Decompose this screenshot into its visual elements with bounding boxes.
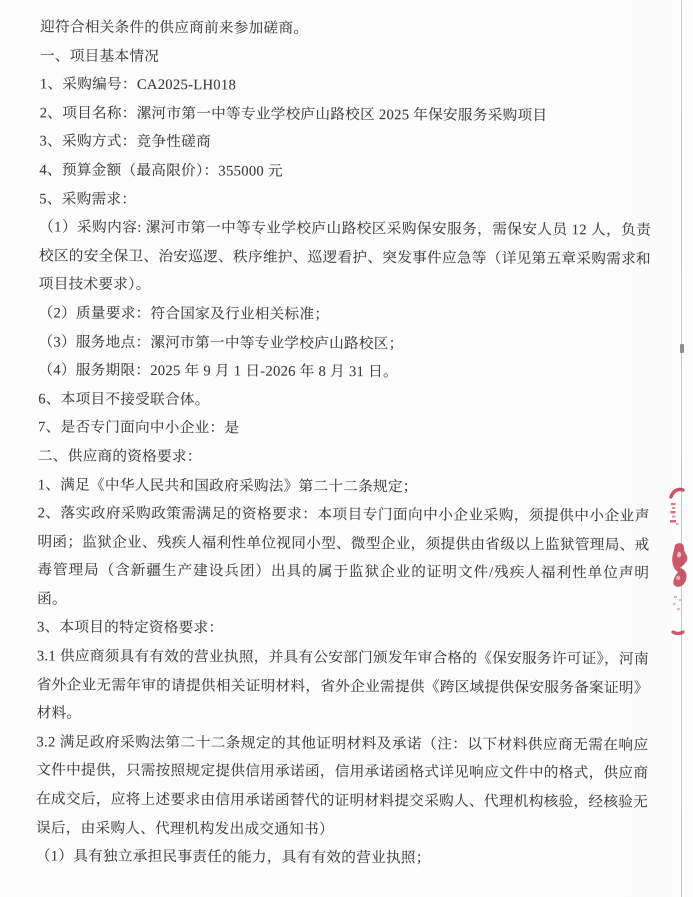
item-specific-qualification: 3、本项目的特定资格要求： bbox=[37, 614, 649, 646]
item-service-location: （3）服务地点：漯河市第一中等专业学校庐山路校区； bbox=[38, 328, 650, 360]
item-procurement-content: （1）采购内容: 漯河市第一中等专业学校庐山路校区采购保安服务，需保安人员 12… bbox=[39, 214, 651, 303]
item-no-consortium: 6、本项目不接受联合体。 bbox=[38, 385, 650, 417]
item-procurement-requirements: 5、采购需求： bbox=[39, 185, 651, 217]
item-quality-requirement: （2）质量要求：符合国家及行业相关标准； bbox=[39, 299, 651, 331]
item-qualification-3-1: 3.1 供应商须具有有效的营业执照，并具有公安部门颁发年审合格的《保安服务许可证… bbox=[37, 642, 649, 731]
heading-project-basic-info: 一、项目基本情况 bbox=[40, 42, 652, 74]
item-qualification-civil-liability: （1）具有独立承担民事责任的能力，具有有效的营业执照； bbox=[36, 843, 648, 875]
item-sme-oriented: 7、是否专门面向中小企业：是 bbox=[38, 414, 650, 446]
ink-smudge-icon bbox=[680, 344, 684, 353]
item-procurement-number: 1、采购编号：CA2025-LH018 bbox=[40, 71, 652, 103]
red-seal-fragment-icon bbox=[662, 482, 692, 642]
item-qualification-policy: 2、落实政府采购政策需满足的资格要求：本项目专门面向中小企业采购，须提供中小企业… bbox=[37, 499, 650, 617]
para-invitation-continuation: 迎符合相关条件的供应商前来参加磋商。 bbox=[40, 13, 652, 45]
item-project-name: 2、项目名称：漯河市第一中等专业学校庐山路校区 2025 年保安服务采购项目 bbox=[40, 99, 652, 131]
item-procurement-method: 3、采购方式：竞争性磋商 bbox=[40, 128, 652, 160]
scan-edge-line-icon bbox=[681, 0, 682, 897]
item-qualification-3-2: 3.2 满足政府采购法第二十二条规定的其他证明材料及承诺（注：以下材料供应商无需… bbox=[36, 728, 649, 846]
item-budget-amount: 4、预算金额（最高限价）：355000 元 bbox=[39, 156, 651, 188]
document-text-block: 迎符合相关条件的供应商前来参加磋商。 一、项目基本情况 1、采购编号：CA202… bbox=[36, 13, 652, 874]
item-qualification-law: 1、满足《中华人民共和国政府采购法》第二十二条规定； bbox=[38, 471, 650, 503]
heading-supplier-qualifications: 二、供应商的资格要求： bbox=[38, 442, 650, 474]
item-service-period: （4）服务期限：2025 年 9 月 1 日-2026 年 8 月 31 日。 bbox=[38, 357, 650, 389]
